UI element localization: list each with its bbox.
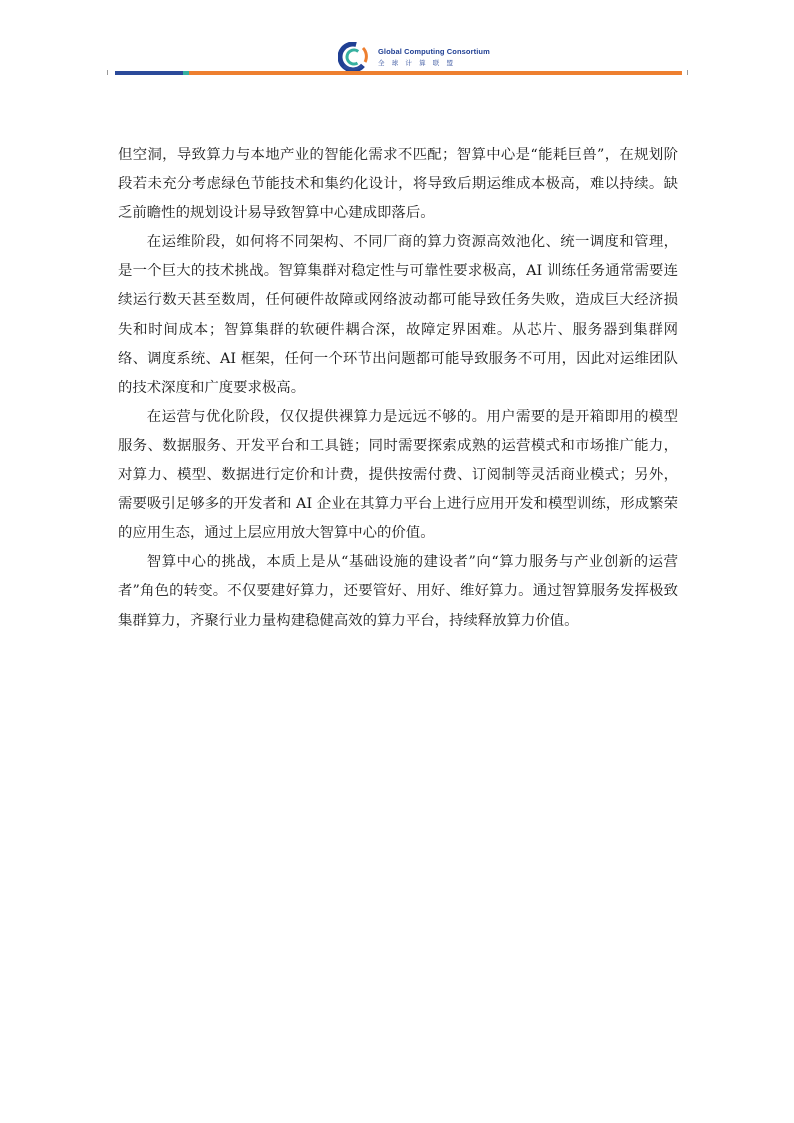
header-rule-orange [189, 71, 682, 75]
logo-english-name: Global Computing Consortium [378, 48, 490, 56]
paragraph-optimization: 在运营与优化阶段，仅仅提供裸算力是远远不够的。用户需要的是开箱即用的模型服务、数… [118, 403, 678, 548]
document-body: 但空洞，导致算力与本地产业的智能化需求不匹配；智算中心是“能耗巨兽”，在规划阶段… [118, 141, 678, 636]
header-left-tick [107, 70, 108, 75]
paragraph-operations: 在运维阶段，如何将不同架构、不同厂商的算力资源高效池化、统一调度和管理，是一个巨… [118, 228, 678, 403]
header-right-tick [687, 70, 688, 75]
paragraph-conclusion: 智算中心的挑战，本质上是从“基础设施的建设者”向“算力服务与产业创新的运营者”角… [118, 548, 678, 635]
header-rule-blue [115, 71, 183, 75]
logo-mark-icon [338, 42, 370, 72]
paragraph-planning-continued: 但空洞，导致算力与本地产业的智能化需求不匹配；智算中心是“能耗巨兽”，在规划阶段… [118, 141, 678, 228]
consortium-logo: Global Computing Consortium 全球计算联盟 [338, 42, 490, 72]
logo-chinese-name: 全球计算联盟 [378, 60, 490, 67]
